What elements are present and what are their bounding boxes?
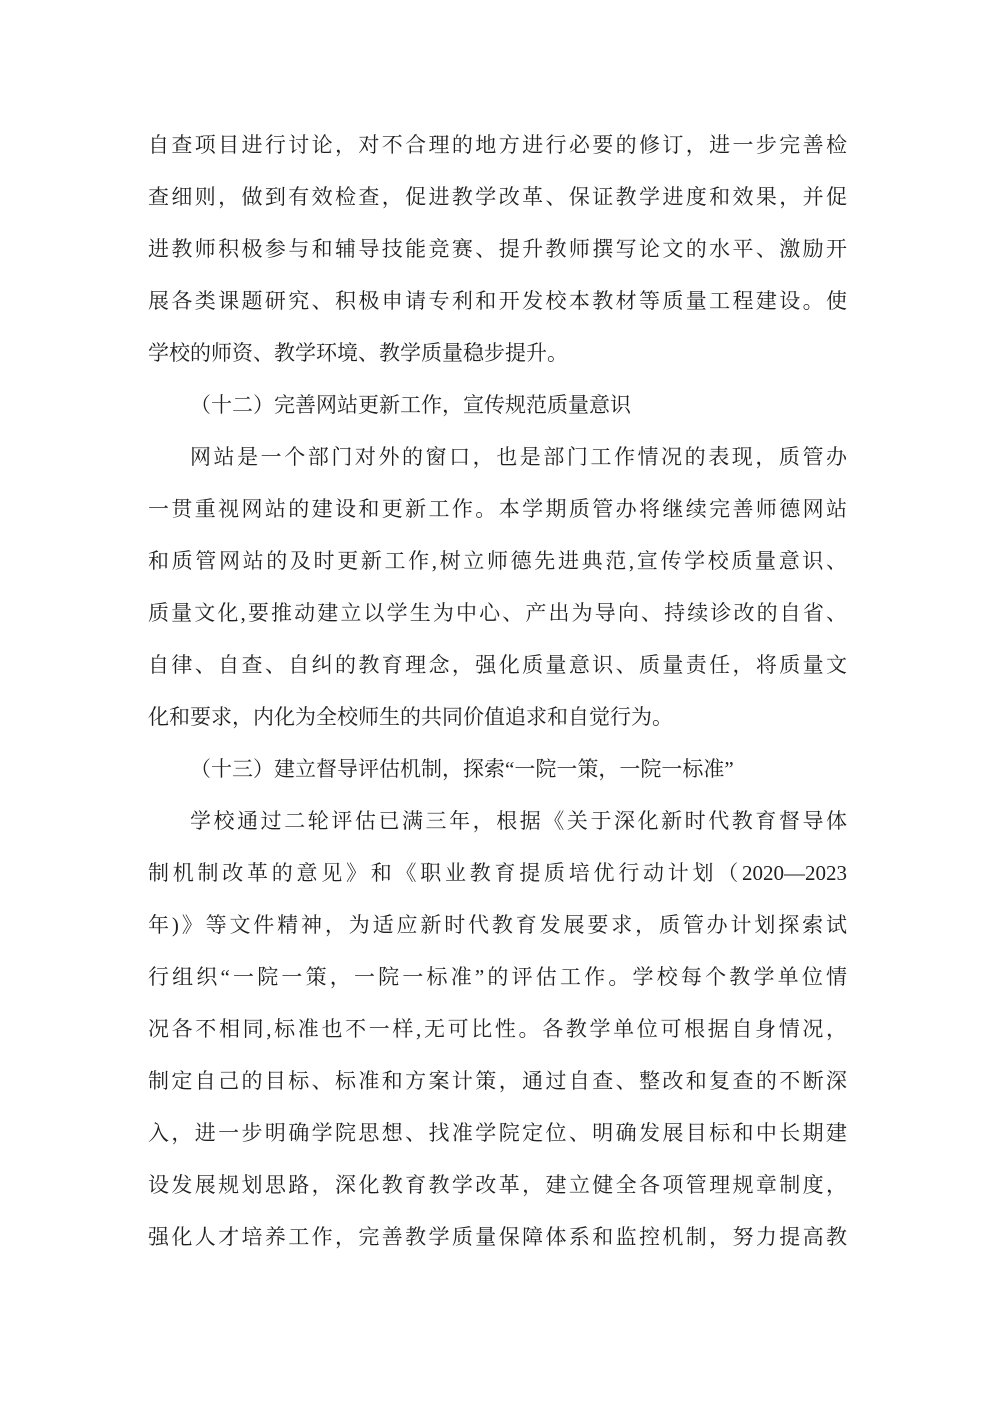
text-line: 学校通过二轮评估已满三年，根据《关于深化新时代教育督导体	[148, 795, 847, 847]
text-line: 学校的师资、教学环境、教学质量稳步提升。	[148, 327, 847, 379]
text-line: 展各类课题研究、积极申请专利和开发校本教材等质量工程建设。使	[148, 275, 847, 327]
text-line: 设发展规划思路，深化教育教学改革，建立健全各项管理规章制度，	[148, 1159, 847, 1211]
text-line: 进教师积极参与和辅导技能竞赛、提升教师撰写论文的水平、激励开	[148, 223, 847, 275]
text-line: 制定自己的目标、标准和方案计策，通过自查、整改和复查的不断深	[148, 1055, 847, 1107]
text-line: 自查项目进行讨论，对不合理的地方进行必要的修订，进一步完善检	[148, 119, 847, 171]
document-text-column: 自查项目进行讨论，对不合理的地方进行必要的修订，进一步完善检 查细则，做到有效检…	[148, 119, 847, 1263]
text-line: 质量文化,要推动建立以学生为中心、产出为导向、持续诊改的自省、	[148, 587, 847, 639]
text-line: 制机制改革的意见》和《职业教育提质培优行动计划（2020—2023	[148, 847, 847, 899]
text-line: 行组织“一院一策，一院一标准”的评估工作。学校每个教学单位情	[148, 951, 847, 1003]
text-line: 强化人才培养工作，完善教学质量保障体系和监控机制，努力提高教	[148, 1211, 847, 1263]
document-page: 自查项目进行讨论，对不合理的地方进行必要的修订，进一步完善检 查细则，做到有效检…	[0, 0, 992, 1403]
section-13-heading: （十三）建立督导评估机制，探索“一院一策，一院一标准”	[148, 743, 847, 795]
text-line: 年)》等文件精神，为适应新时代教育发展要求，质管办计划探索试	[148, 899, 847, 951]
text-line: 查细则，做到有效检查，促进教学改革、保证教学进度和效果，并促	[148, 171, 847, 223]
text-line: 入，进一步明确学院思想、找准学院定位、明确发展目标和中长期建	[148, 1107, 847, 1159]
text-line: 一贯重视网站的建设和更新工作。本学期质管办将继续完善师德网站	[148, 483, 847, 535]
text-line: 网站是一个部门对外的窗口，也是部门工作情况的表现，质管办	[148, 431, 847, 483]
section-12-heading: （十二）完善网站更新工作，宣传规范质量意识	[148, 379, 847, 431]
text-line: 和质管网站的及时更新工作,树立师德先进典范,宣传学校质量意识、	[148, 535, 847, 587]
text-line: 化和要求，内化为全校师生的共同价值追求和自觉行为。	[148, 691, 847, 743]
text-line: 自律、自查、自纠的教育理念，强化质量意识、质量责任，将质量文	[148, 639, 847, 691]
text-line: 况各不相同,标准也不一样,无可比性。各教学单位可根据自身情况，	[148, 1003, 847, 1055]
